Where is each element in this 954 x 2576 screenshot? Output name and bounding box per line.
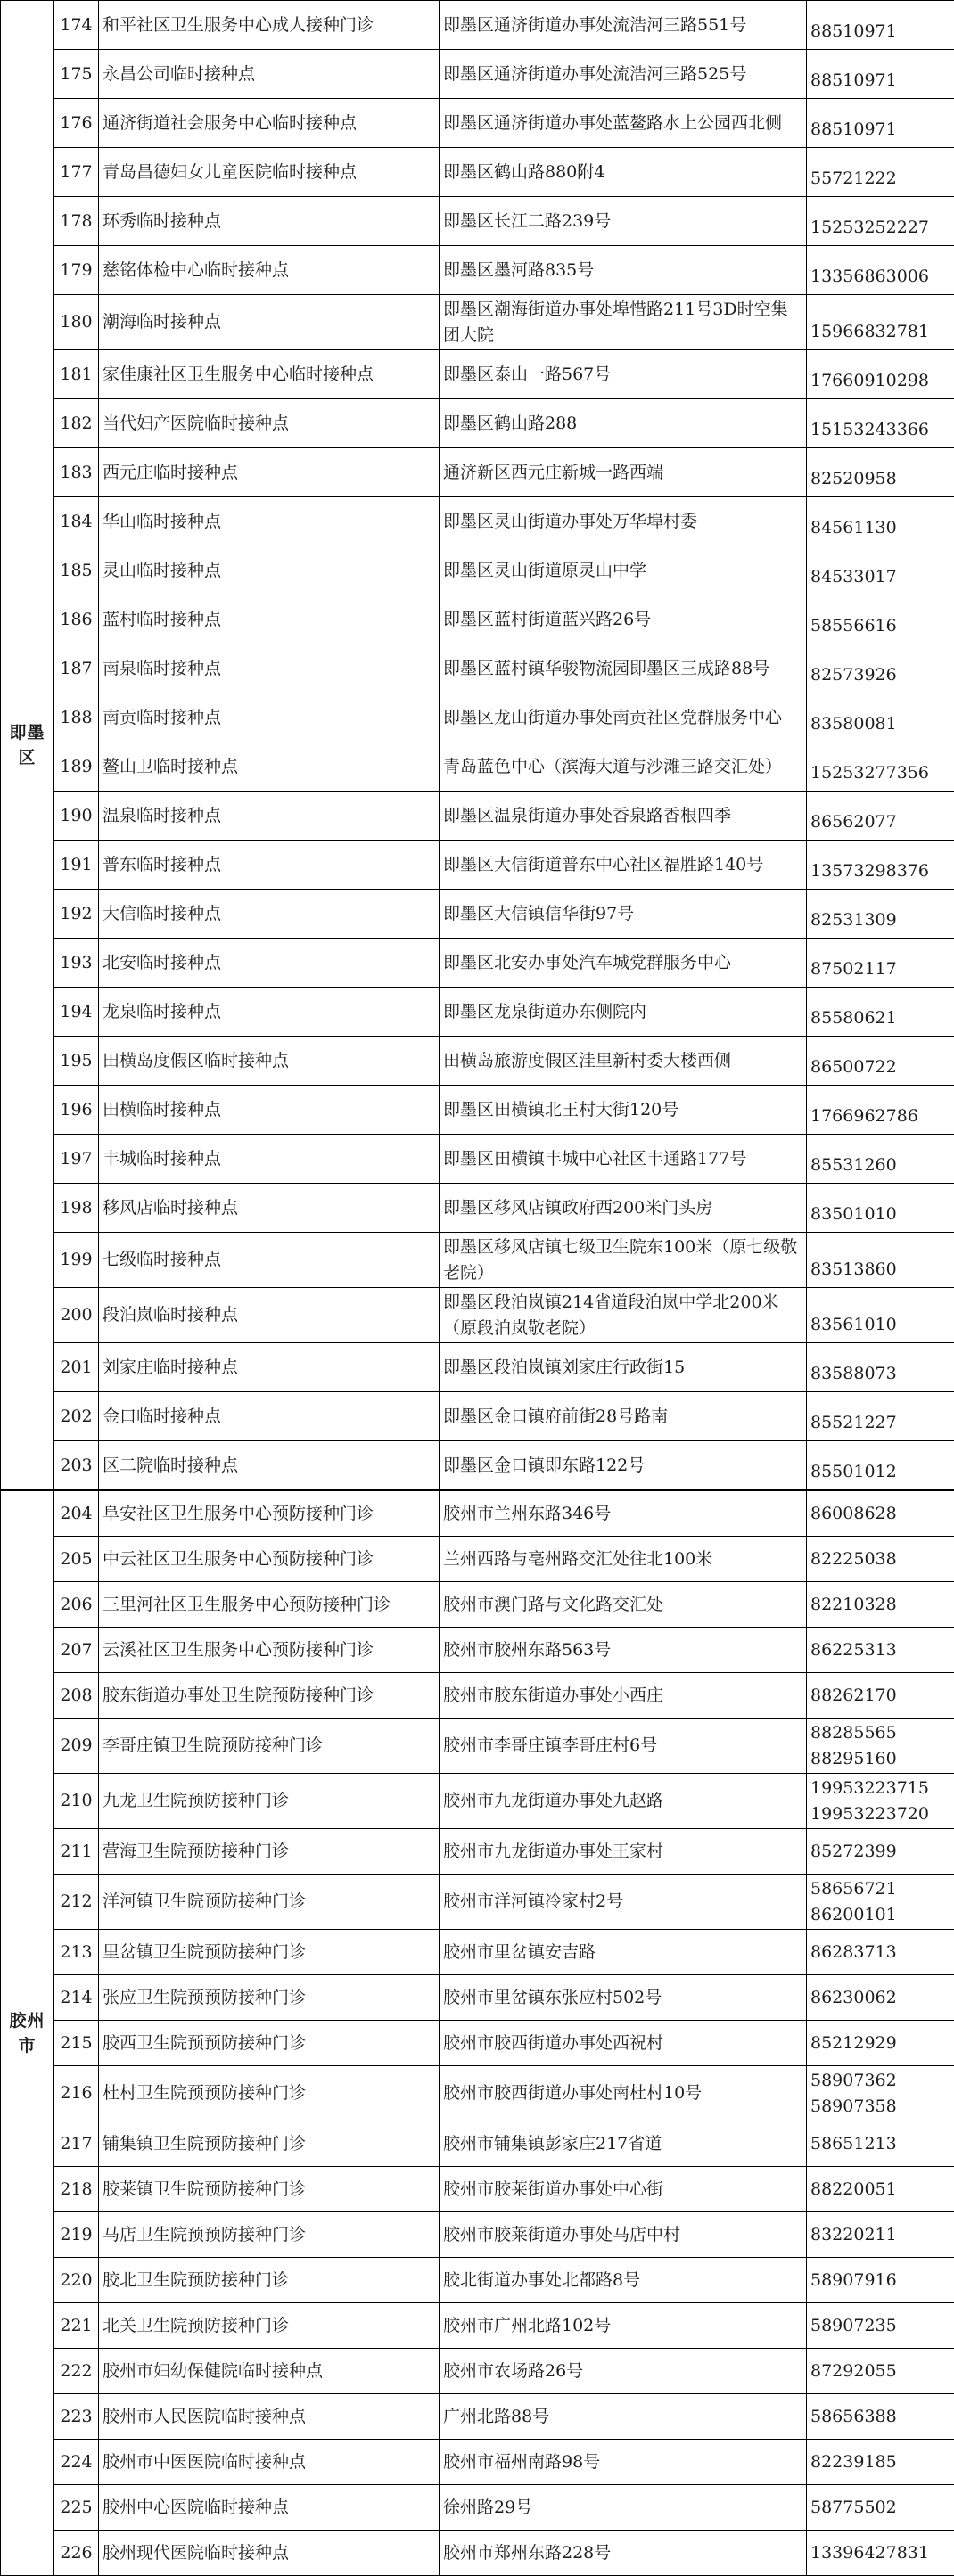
table-row: 210九龙卫生院预防接种门诊胶州市九龙街道办事处九赵路1995322371519… (1, 1774, 954, 1829)
table-row: 217铺集镇卫生院预防接种门诊胶州市铺集镇彭家庄217省道58651213 (1, 2121, 954, 2167)
phone-number: 85272399 (810, 1839, 950, 1865)
row-number-cell: 199 (54, 1233, 99, 1288)
site-phone-cell: 58775502 (807, 2485, 954, 2531)
table-row: 216杜村卫生院预预防接种门诊胶州市胶西街道办事处南杜村10号589073625… (1, 2066, 954, 2121)
row-number-cell: 189 (54, 742, 99, 792)
site-address-cell: 即墨区鹤山路288 (440, 399, 807, 448)
site-address-cell: 胶州市福州南路98号 (440, 2440, 807, 2485)
row-number-cell: 197 (54, 1135, 99, 1184)
site-address-cell: 徐州路29号 (440, 2485, 807, 2531)
site-name-cell: 普东临时接种点 (99, 841, 440, 890)
site-phone-cell: 88510971 (807, 99, 954, 148)
site-phone-cell: 1995322371519953223720 (807, 1774, 954, 1829)
phone-number: 82573926 (810, 662, 950, 688)
site-name-cell: 九龙卫生院预防接种门诊 (99, 1774, 440, 1829)
phone-number: 88510971 (810, 68, 950, 94)
phone-number: 15253252227 (810, 215, 950, 241)
site-phone-cell: 84533017 (807, 546, 954, 595)
phone-number: 83561010 (810, 1312, 950, 1338)
site-phone-cell: 86562077 (807, 792, 954, 841)
table-row: 185灵山临时接种点即墨区灵山街道原灵山中学84533017 (1, 546, 954, 595)
phone-number: 84533017 (810, 564, 950, 590)
phone-number: 19953223720 (810, 1801, 950, 1827)
row-number-cell: 224 (54, 2440, 99, 2485)
table-row: 222胶州市妇幼保健院临时接种点胶州市农场路26号87292055 (1, 2349, 954, 2394)
row-number-cell: 206 (54, 1582, 99, 1628)
site-address-cell: 即墨区北安办事处汽车城党群服务中心 (440, 939, 807, 988)
site-phone-cell: 82531309 (807, 890, 954, 939)
table-row: 190温泉临时接种点即墨区温泉街道办事处香泉路香根四季86562077 (1, 792, 954, 841)
site-address-cell: 胶北街道办事处北都路8号 (440, 2258, 807, 2303)
row-number-cell: 203 (54, 1441, 99, 1491)
site-address-cell: 广州北路88号 (440, 2394, 807, 2440)
site-address-cell: 即墨区鹤山路880附4 (440, 148, 807, 197)
site-phone-cell: 83501010 (807, 1184, 954, 1233)
row-number-cell: 185 (54, 546, 99, 595)
site-phone-cell: 88262170 (807, 1673, 954, 1719)
site-name-cell: 田横临时接种点 (99, 1086, 440, 1135)
site-name-cell: 马店卫生院预预防接种门诊 (99, 2212, 440, 2258)
site-address-cell: 即墨区墨河路835号 (440, 246, 807, 295)
site-phone-cell: 85272399 (807, 1829, 954, 1875)
row-number-cell: 214 (54, 1975, 99, 2021)
table-row: 176通济街道社会服务中心临时接种点即墨区通济街道办事处蓝鳌路水上公园西北侧88… (1, 99, 954, 148)
site-address-cell: 即墨区大信镇信华街97号 (440, 890, 807, 939)
site-name-cell: 胶东街道办事处卫生院预防接种门诊 (99, 1673, 440, 1719)
site-name-cell: 杜村卫生院预预防接种门诊 (99, 2066, 440, 2121)
row-number-cell: 181 (54, 350, 99, 399)
phone-number: 13356863006 (810, 264, 950, 290)
site-address-cell: 即墨区蓝村街道蓝兴路26号 (440, 595, 807, 644)
phone-number: 83513860 (810, 1257, 950, 1283)
site-phone-cell: 1766962786 (807, 1086, 954, 1135)
site-name-cell: 灵山临时接种点 (99, 546, 440, 595)
site-name-cell: 蓝村临时接种点 (99, 595, 440, 644)
phone-number: 58907916 (810, 2268, 950, 2293)
site-name-cell: 西元庄临时接种点 (99, 448, 440, 497)
site-address-cell: 胶州市广州北路102号 (440, 2303, 807, 2349)
phone-number: 84561130 (810, 515, 950, 541)
table-row: 212洋河镇卫生院预防接种门诊胶州市洋河镇冷家村2号58656721862001… (1, 1875, 954, 1930)
phone-number: 88285565 (810, 1720, 950, 1746)
table-row: 178环秀临时接种点即墨区长江二路239号15253252227 (1, 197, 954, 246)
table-row: 223胶州市人民医院临时接种点广州北路88号58656388 (1, 2394, 954, 2440)
row-number-cell: 225 (54, 2485, 99, 2531)
row-number-cell: 204 (54, 1490, 99, 1537)
site-phone-cell: 83220211 (807, 2212, 954, 2258)
phone-number: 88510971 (810, 117, 950, 143)
site-name-cell: 张应卫生院预预防接种门诊 (99, 1975, 440, 2021)
site-name-cell: 南贡临时接种点 (99, 693, 440, 742)
phone-number: 58775502 (810, 2495, 950, 2521)
site-name-cell: 华山临时接种点 (99, 497, 440, 546)
site-phone-cell: 13396427831 (807, 2531, 954, 2576)
site-name-cell: 胶州市中医医院临时接种点 (99, 2440, 440, 2485)
site-phone-cell: 58556616 (807, 595, 954, 644)
site-phone-cell: 8828556588295160 (807, 1719, 954, 1774)
phone-number: 86008628 (810, 1501, 950, 1527)
site-phone-cell: 87502117 (807, 939, 954, 988)
site-phone-cell: 58907916 (807, 2258, 954, 2303)
row-number-cell: 223 (54, 2394, 99, 2440)
site-name-cell: 里岔镇卫生院预防接种门诊 (99, 1930, 440, 1975)
row-number-cell: 216 (54, 2066, 99, 2121)
phone-number: 88295160 (810, 1746, 950, 1772)
phone-number: 58656721 (810, 1876, 950, 1902)
phone-number: 58651213 (810, 2131, 950, 2157)
site-address-cell: 即墨区泰山一路567号 (440, 350, 807, 399)
table-row: 220胶北卫生院预防接种门诊胶北街道办事处北都路8号58907916 (1, 2258, 954, 2303)
site-phone-cell: 86283713 (807, 1930, 954, 1975)
site-name-cell: 当代妇产医院临时接种点 (99, 399, 440, 448)
phone-number: 85580621 (810, 1005, 950, 1031)
phone-number: 88220051 (810, 2177, 950, 2203)
row-number-cell: 212 (54, 1875, 99, 1930)
phone-number: 85212929 (810, 2030, 950, 2056)
phone-number: 88510971 (810, 19, 950, 45)
site-address-cell: 胶州市澳门路与文化路交汇处 (440, 1582, 807, 1628)
site-address-cell: 通济新区西元庄新城一路西端 (440, 448, 807, 497)
row-number-cell: 186 (54, 595, 99, 644)
site-address-cell: 即墨区潮海街道办事处埠惜路211号3D时空集团大院 (440, 295, 807, 350)
table-row: 225胶州中心医院临时接种点徐州路29号58775502 (1, 2485, 954, 2531)
site-address-cell: 胶州市胶西街道办事处南杜村10号 (440, 2066, 807, 2121)
row-number-cell: 222 (54, 2349, 99, 2394)
site-phone-cell: 15253277356 (807, 742, 954, 792)
site-name-cell: 铺集镇卫生院预防接种门诊 (99, 2121, 440, 2167)
site-address-cell: 即墨区通济街道办事处流浩河三路525号 (440, 50, 807, 99)
site-phone-cell: 86225313 (807, 1628, 954, 1673)
site-name-cell: 移风店临时接种点 (99, 1184, 440, 1233)
phone-number: 82531309 (810, 907, 950, 933)
phone-number: 15966832781 (810, 319, 950, 345)
site-name-cell: 慈铭体检中心临时接种点 (99, 246, 440, 295)
table-row: 198移风店临时接种点即墨区移风店镇政府西200米门头房83501010 (1, 1184, 954, 1233)
site-address-cell: 胶州市农场路26号 (440, 2349, 807, 2394)
site-phone-cell: 13356863006 (807, 246, 954, 295)
phone-number: 87292055 (810, 2359, 950, 2384)
site-address-cell: 即墨区田横镇丰城中心社区丰通路177号 (440, 1135, 807, 1184)
site-name-cell: 通济街道社会服务中心临时接种点 (99, 99, 440, 148)
phone-number: 86225313 (810, 1637, 950, 1663)
site-address-cell: 即墨区通济街道办事处蓝鳌路水上公园西北侧 (440, 99, 807, 148)
phone-number: 82225038 (810, 1546, 950, 1572)
table-row: 181家佳康社区卫生服务中心临时接种点即墨区泰山一路567号1766091029… (1, 350, 954, 399)
row-number-cell: 215 (54, 2021, 99, 2066)
site-address-cell: 即墨区金口镇府前街28号路南 (440, 1392, 807, 1441)
phone-number: 58656388 (810, 2404, 950, 2430)
site-address-cell: 胶州市洋河镇冷家村2号 (440, 1875, 807, 1930)
phone-number: 85521227 (810, 1410, 950, 1436)
site-address-cell: 即墨区温泉街道办事处香泉路香根四季 (440, 792, 807, 841)
row-number-cell: 198 (54, 1184, 99, 1233)
site-name-cell: 胶西卫生院预预防接种门诊 (99, 2021, 440, 2066)
table-row: 207云溪社区卫生服务中心预防接种门诊胶州市胶州东路563号86225313 (1, 1628, 954, 1673)
site-address-cell: 胶州市里岔镇东张应村502号 (440, 1975, 807, 2021)
site-phone-cell: 85501012 (807, 1441, 954, 1491)
site-name-cell: 永昌公司临时接种点 (99, 50, 440, 99)
table-row: 226胶州现代医院临时接种点胶州市郑州东路228号13396427831 (1, 2531, 954, 2576)
row-number-cell: 176 (54, 99, 99, 148)
table-row: 189鳌山卫临时接种点青岛蓝色中心（滨海大道与沙滩三路交汇处）152532773… (1, 742, 954, 792)
table-row: 221北关卫生院预防接种门诊胶州市广州北路102号58907235 (1, 2303, 954, 2349)
row-number-cell: 184 (54, 497, 99, 546)
table-row: 183西元庄临时接种点通济新区西元庄新城一路西端82520958 (1, 448, 954, 497)
site-address-cell: 胶州市郑州东路228号 (440, 2531, 807, 2576)
site-name-cell: 家佳康社区卫生服务中心临时接种点 (99, 350, 440, 399)
table-row: 219马店卫生院预预防接种门诊胶州市胶莱街道办事处马店中村83220211 (1, 2212, 954, 2258)
region-label-cell: 胶州市 (1, 1490, 54, 2576)
phone-number: 82239185 (810, 2449, 950, 2475)
site-phone-cell: 58907235 (807, 2303, 954, 2349)
site-phone-cell: 85212929 (807, 2021, 954, 2066)
site-name-cell: 田横岛度假区临时接种点 (99, 1037, 440, 1086)
site-address-cell: 胶州市九龙街道办事处九赵路 (440, 1774, 807, 1829)
site-name-cell: 段泊岚临时接种点 (99, 1288, 440, 1343)
site-phone-cell: 84561130 (807, 497, 954, 546)
site-phone-cell: 88510971 (807, 1, 954, 50)
table-row: 177青岛昌德妇女儿童医院临时接种点即墨区鹤山路880附455721222 (1, 148, 954, 197)
row-number-cell: 220 (54, 2258, 99, 2303)
phone-number: 19953223715 (810, 1776, 950, 1801)
phone-number: 58907362 (810, 2068, 950, 2094)
table-row: 194龙泉临时接种点即墨区龙泉街道办东侧院内85580621 (1, 988, 954, 1037)
row-number-cell: 202 (54, 1392, 99, 1441)
site-phone-cell: 15253252227 (807, 197, 954, 246)
site-name-cell: 潮海临时接种点 (99, 295, 440, 350)
site-phone-cell: 88510971 (807, 50, 954, 99)
site-phone-cell: 5890736258907358 (807, 2066, 954, 2121)
site-address-cell: 胶州市兰州东路346号 (440, 1490, 807, 1537)
site-name-cell: 和平社区卫生服务中心成人接种门诊 (99, 1, 440, 50)
phone-number: 88262170 (810, 1683, 950, 1709)
site-phone-cell: 83513860 (807, 1233, 954, 1288)
site-address-cell: 胶州市胶莱街道办事处中心街 (440, 2167, 807, 2212)
phone-number: 58556616 (810, 613, 950, 639)
row-number-cell: 177 (54, 148, 99, 197)
table-row: 199七级临时接种点即墨区移风店镇七级卫生院东100米（原七级敬老院）83513… (1, 1233, 954, 1288)
site-name-cell: 金口临时接种点 (99, 1392, 440, 1441)
site-address-cell: 即墨区田横镇北王村大街120号 (440, 1086, 807, 1135)
site-phone-cell: 86230062 (807, 1975, 954, 2021)
table-row: 胶州市204阜安社区卫生服务中心预防接种门诊胶州市兰州东路346号8600862… (1, 1490, 954, 1537)
site-phone-cell: 15966832781 (807, 295, 954, 350)
site-name-cell: 大信临时接种点 (99, 890, 440, 939)
site-phone-cell: 82573926 (807, 644, 954, 693)
phone-number: 17660910298 (810, 368, 950, 394)
phone-number: 83580081 (810, 711, 950, 737)
row-number-cell: 187 (54, 644, 99, 693)
table-row: 188南贡临时接种点即墨区龙山街道办事处南贡社区党群服务中心83580081 (1, 693, 954, 742)
row-number-cell: 219 (54, 2212, 99, 2258)
site-address-cell: 即墨区灵山街道原灵山中学 (440, 546, 807, 595)
phone-number: 13396427831 (810, 2540, 950, 2566)
site-address-cell: 即墨区龙泉街道办东侧院内 (440, 988, 807, 1037)
region-label-cell: 即墨区 (1, 1, 54, 1491)
site-phone-cell: 83580081 (807, 693, 954, 742)
row-number-cell: 205 (54, 1537, 99, 1582)
site-phone-cell: 5865672186200101 (807, 1875, 954, 1930)
row-number-cell: 226 (54, 2531, 99, 2576)
table-row: 即墨区174和平社区卫生服务中心成人接种门诊即墨区通济街道办事处流浩河三路551… (1, 1, 954, 50)
row-number-cell: 192 (54, 890, 99, 939)
site-phone-cell: 82239185 (807, 2440, 954, 2485)
table-row: 182当代妇产医院临时接种点即墨区鹤山路28815153243366 (1, 399, 954, 448)
phone-number: 86200101 (810, 1902, 950, 1928)
row-number-cell: 218 (54, 2167, 99, 2212)
site-address-cell: 即墨区移风店镇七级卫生院东100米（原七级敬老院） (440, 1233, 807, 1288)
site-name-cell: 青岛昌德妇女儿童医院临时接种点 (99, 148, 440, 197)
site-phone-cell: 85521227 (807, 1392, 954, 1441)
table-row: 175永昌公司临时接种点即墨区通济街道办事处流浩河三路525号88510971 (1, 50, 954, 99)
site-address-cell: 即墨区龙山街道办事处南贡社区党群服务中心 (440, 693, 807, 742)
table-row: 191普东临时接种点即墨区大信街道普东中心社区福胜路140号1357329837… (1, 841, 954, 890)
row-number-cell: 211 (54, 1829, 99, 1875)
table-row: 201刘家庄临时接种点即墨区段泊岚镇刘家庄行政街1583588073 (1, 1343, 954, 1392)
site-name-cell: 中云社区卫生服务中心预防接种门诊 (99, 1537, 440, 1582)
table-row: 203区二院临时接种点即墨区金口镇即东路122号85501012 (1, 1441, 954, 1491)
phone-number: 15253277356 (810, 760, 950, 786)
row-number-cell: 182 (54, 399, 99, 448)
row-number-cell: 217 (54, 2121, 99, 2167)
site-address-cell: 即墨区段泊岚镇刘家庄行政街15 (440, 1343, 807, 1392)
site-name-cell: 龙泉临时接种点 (99, 988, 440, 1037)
row-number-cell: 194 (54, 988, 99, 1037)
site-address-cell: 即墨区金口镇即东路122号 (440, 1441, 807, 1491)
site-phone-cell: 17660910298 (807, 350, 954, 399)
site-phone-cell: 55721222 (807, 148, 954, 197)
site-name-cell: 北关卫生院预防接种门诊 (99, 2303, 440, 2349)
site-address-cell: 即墨区大信街道普东中心社区福胜路140号 (440, 841, 807, 890)
row-number-cell: 180 (54, 295, 99, 350)
site-address-cell: 胶州市胶州东路563号 (440, 1628, 807, 1673)
table-row: 196田横临时接种点即墨区田横镇北王村大街120号1766962786 (1, 1086, 954, 1135)
phone-number: 58907358 (810, 2094, 950, 2120)
site-phone-cell: 58656388 (807, 2394, 954, 2440)
site-name-cell: 胶州市人民医院临时接种点 (99, 2394, 440, 2440)
row-number-cell: 209 (54, 1719, 99, 1774)
table-row: 184华山临时接种点即墨区灵山街道办事处万华埠村委84561130 (1, 497, 954, 546)
site-name-cell: 鳌山卫临时接种点 (99, 742, 440, 792)
phone-number: 86230062 (810, 1985, 950, 2011)
site-address-cell: 胶州市九龙街道办事处王家村 (440, 1829, 807, 1875)
row-number-cell: 175 (54, 50, 99, 99)
phone-number: 85531260 (810, 1153, 950, 1178)
site-phone-cell: 87292055 (807, 2349, 954, 2394)
row-number-cell: 210 (54, 1774, 99, 1829)
table-row: 205中云社区卫生服务中心预防接种门诊兰州西路与亳州路交汇处往北100米8222… (1, 1537, 954, 1582)
site-phone-cell: 82210328 (807, 1582, 954, 1628)
site-address-cell: 即墨区灵山街道办事处万华埠村委 (440, 497, 807, 546)
table-row: 206三里河社区卫生服务中心预防接种门诊胶州市澳门路与文化路交汇处8221032… (1, 1582, 954, 1628)
row-number-cell: 221 (54, 2303, 99, 2349)
site-phone-cell: 85580621 (807, 988, 954, 1037)
table-row: 180潮海临时接种点即墨区潮海街道办事处埠惜路211号3D时空集团大院15966… (1, 295, 954, 350)
phone-number: 13573298376 (810, 858, 950, 884)
site-phone-cell: 82225038 (807, 1537, 954, 1582)
row-number-cell: 195 (54, 1037, 99, 1086)
site-phone-cell: 86008628 (807, 1490, 954, 1537)
table-row: 202金口临时接种点即墨区金口镇府前街28号路南85521227 (1, 1392, 954, 1441)
row-number-cell: 207 (54, 1628, 99, 1673)
phone-number: 83501010 (810, 1202, 950, 1227)
phone-number: 85501012 (810, 1459, 950, 1485)
vaccination-sites-table: 即墨区174和平社区卫生服务中心成人接种门诊即墨区通济街道办事处流浩河三路551… (0, 0, 954, 2576)
site-name-cell: 胶莱镇卫生院预防接种门诊 (99, 2167, 440, 2212)
site-name-cell: 温泉临时接种点 (99, 792, 440, 841)
site-phone-cell: 13573298376 (807, 841, 954, 890)
site-phone-cell: 83561010 (807, 1288, 954, 1343)
site-name-cell: 胶北卫生院预防接种门诊 (99, 2258, 440, 2303)
site-address-cell: 青岛蓝色中心（滨海大道与沙滩三路交汇处） (440, 742, 807, 792)
phone-number: 1766962786 (810, 1103, 950, 1129)
site-name-cell: 阜安社区卫生服务中心预防接种门诊 (99, 1490, 440, 1537)
table-row: 211营海卫生院预防接种门诊胶州市九龙街道办事处王家村85272399 (1, 1829, 954, 1875)
row-number-cell: 201 (54, 1343, 99, 1392)
row-number-cell: 208 (54, 1673, 99, 1719)
site-name-cell: 三里河社区卫生服务中心预防接种门诊 (99, 1582, 440, 1628)
site-name-cell: 南泉临时接种点 (99, 644, 440, 693)
site-name-cell: 云溪社区卫生服务中心预防接种门诊 (99, 1628, 440, 1673)
site-name-cell: 刘家庄临时接种点 (99, 1343, 440, 1392)
site-address-cell: 即墨区通济街道办事处流浩河三路551号 (440, 1, 807, 50)
table-row: 215胶西卫生院预预防接种门诊胶州市胶西街道办事处西祝村85212929 (1, 2021, 954, 2066)
row-number-cell: 191 (54, 841, 99, 890)
phone-number: 87502117 (810, 956, 950, 982)
table-row: 214张应卫生院预预防接种门诊胶州市里岔镇东张应村502号86230062 (1, 1975, 954, 2021)
site-address-cell: 即墨区段泊岚镇214省道段泊岚中学北200米（原段泊岚敬老院） (440, 1288, 807, 1343)
table-row: 200段泊岚临时接种点即墨区段泊岚镇214省道段泊岚中学北200米（原段泊岚敬老… (1, 1288, 954, 1343)
row-number-cell: 193 (54, 939, 99, 988)
site-address-cell: 胶州市胶东街道办事处小西庄 (440, 1673, 807, 1719)
table-row: 186蓝村临时接种点即墨区蓝村街道蓝兴路26号58556616 (1, 595, 954, 644)
site-phone-cell: 86500722 (807, 1037, 954, 1086)
site-name-cell: 区二院临时接种点 (99, 1441, 440, 1491)
phone-number: 83220211 (810, 2222, 950, 2248)
site-address-cell: 即墨区蓝村镇华骏物流园即墨区三成路88号 (440, 644, 807, 693)
site-phone-cell: 58651213 (807, 2121, 954, 2167)
site-name-cell: 北安临时接种点 (99, 939, 440, 988)
phone-number: 86500722 (810, 1054, 950, 1080)
table-row: 197丰城临时接种点即墨区田横镇丰城中心社区丰通路177号85531260 (1, 1135, 954, 1184)
site-name-cell: 环秀临时接种点 (99, 197, 440, 246)
phone-number: 86562077 (810, 809, 950, 835)
row-number-cell: 213 (54, 1930, 99, 1975)
phone-number: 82210328 (810, 1592, 950, 1618)
site-name-cell: 七级临时接种点 (99, 1233, 440, 1288)
site-address-cell: 即墨区长江二路239号 (440, 197, 807, 246)
table-row: 218胶莱镇卫生院预防接种门诊胶州市胶莱街道办事处中心街88220051 (1, 2167, 954, 2212)
site-address-cell: 即墨区移风店镇政府西200米门头房 (440, 1184, 807, 1233)
site-name-cell: 胶州市妇幼保健院临时接种点 (99, 2349, 440, 2394)
table-row: 208胶东街道办事处卫生院预防接种门诊胶州市胶东街道办事处小西庄88262170 (1, 1673, 954, 1719)
phone-number: 55721222 (810, 166, 950, 192)
site-address-cell: 胶州市胶西街道办事处西祝村 (440, 2021, 807, 2066)
row-number-cell: 196 (54, 1086, 99, 1135)
phone-number: 58907235 (810, 2313, 950, 2339)
row-number-cell: 190 (54, 792, 99, 841)
site-address-cell: 胶州市胶莱街道办事处马店中村 (440, 2212, 807, 2258)
table-row: 179慈铭体检中心临时接种点即墨区墨河路835号13356863006 (1, 246, 954, 295)
phone-number: 86283713 (810, 1940, 950, 1965)
table-row: 195田横岛度假区临时接种点田横岛旅游度假区洼里新村委大楼西侧86500722 (1, 1037, 954, 1086)
site-address-cell: 兰州西路与亳州路交汇处往北100米 (440, 1537, 807, 1582)
site-phone-cell: 15153243366 (807, 399, 954, 448)
row-number-cell: 200 (54, 1288, 99, 1343)
phone-number: 15153243366 (810, 417, 950, 443)
site-address-cell: 胶州市李哥庄镇李哥庄村6号 (440, 1719, 807, 1774)
table-row: 209李哥庄镇卫生院预防接种门诊胶州市李哥庄镇李哥庄村6号88285565882… (1, 1719, 954, 1774)
